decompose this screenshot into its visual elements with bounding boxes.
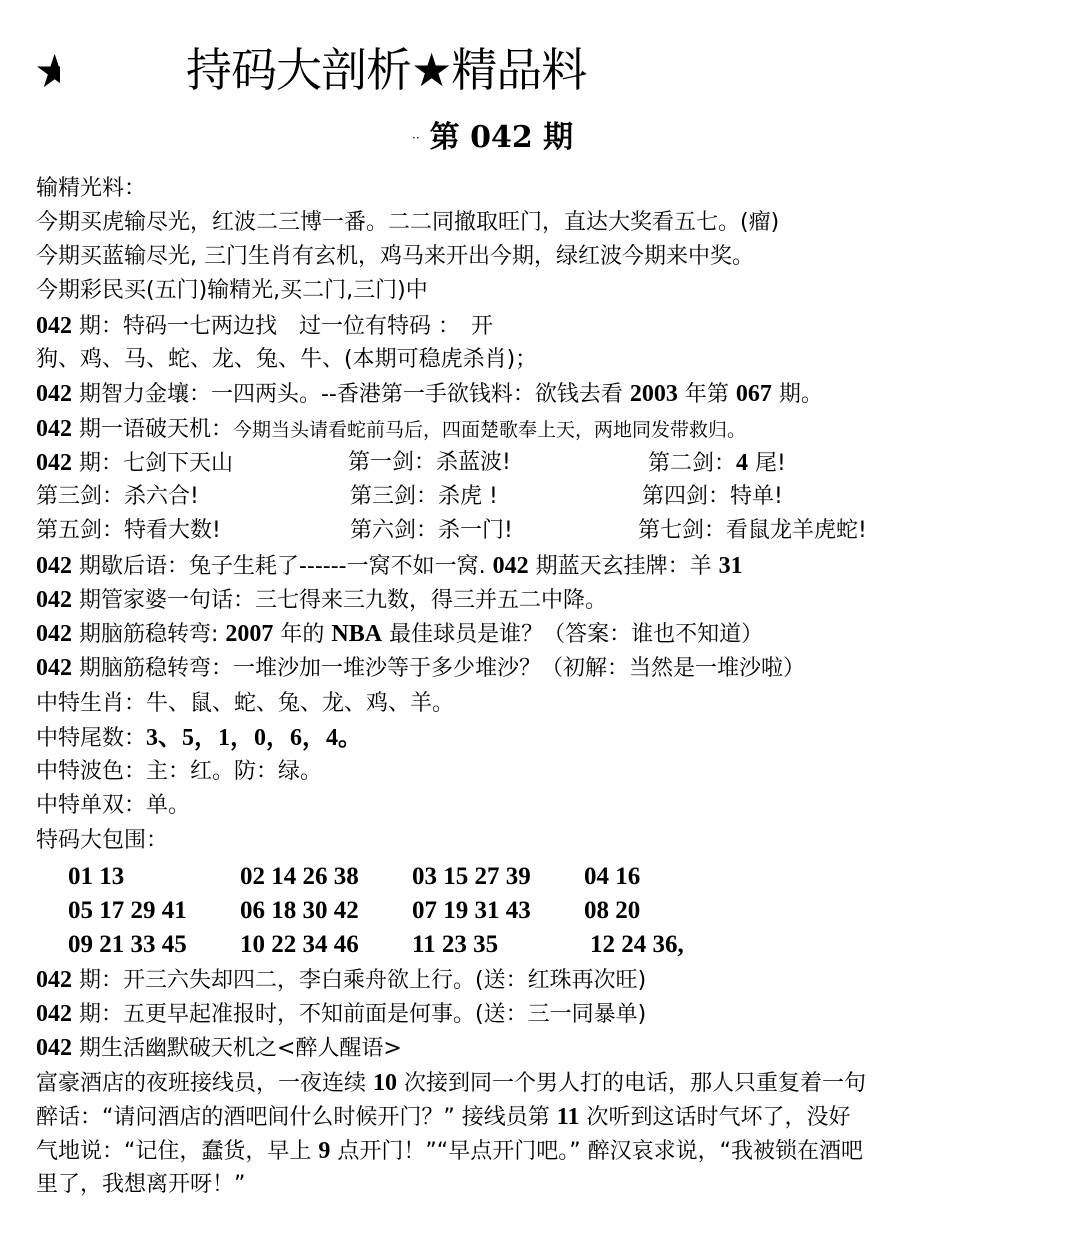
sword-r1c1: 042 期：七剑下天山: [36, 448, 233, 479]
package-r3c3: 11 23 35: [412, 930, 498, 960]
prediction-color: 中特波色：主：红。防：绿。: [36, 757, 322, 787]
package-r3c2: 10 22 34 46: [240, 930, 359, 960]
document-page: ★ 持码大剖析★精品料 ··第 042 期 输精光料： 今期买虎输尽光，红波二三…: [0, 0, 1080, 1251]
poem-line-1: 042 期：开三六失却四二，李白乘舟欲上行。(送：红珠再次旺): [36, 965, 646, 996]
intro-line-3: 今期彩民买(五门)输精光,买二门,三门)中: [36, 276, 428, 306]
story-line-2: 醉话：“请问酒店的酒吧间什么时候开门？” 接线员第 11 次听到这话时气坏了，没…: [36, 1102, 850, 1133]
humor-heading: 042 期生活幽默破天机之<醉人醒语>: [36, 1033, 402, 1064]
intro-line-1: 今期买虎输尽光，红波二三博一番。二二同撤取旺门，直达大奖看五七。(瘤): [36, 208, 779, 238]
housekeeper-line: 042 期管家婆一句话：三七得来三九数，得三并五二中降。: [36, 585, 607, 616]
package-r2c2: 06 18 30 42: [240, 896, 359, 926]
prediction-odd-even: 中特单双：单。: [36, 791, 190, 821]
brain-teaser-2: 042 期脑筋稳转弯：一堆沙加一堆沙等于多少堆沙？（初解：当然是一堆沙啦）: [36, 653, 805, 684]
package-label: 特码大包围：: [36, 826, 168, 856]
xiehouyu-line: 042 期歇后语：兔子生耗了------一窝不如一窝. 042 期蓝天玄挂牌：羊…: [36, 551, 743, 582]
sword-r3c1: 第五剑：特看大数!: [36, 516, 221, 546]
sword-r3c3: 第七剑：看鼠龙羊虎蛇!: [638, 516, 867, 546]
sword-r1c3: 第二剑：4 尾!: [648, 448, 786, 479]
story-line-4: 里了，我想离开呀！”: [36, 1170, 245, 1200]
story-line-1: 富豪酒店的夜班接线员，一夜连续 10 次接到同一个男人打的电话，那人只重复着一句: [36, 1068, 866, 1099]
sword-r2c3: 第四剑：特单!: [642, 482, 783, 512]
intro-line-2: 今期买蓝输尽光, 三门生肖有玄机，鸡马来开出今期，绿红波今期来中奖。: [36, 242, 754, 272]
package-r2c4: 08 20: [584, 896, 640, 926]
sword-r2c1: 第三剑：杀六合!: [36, 482, 199, 512]
poem-line-2: 042 期：五更早起准报时，不知前面是何事。(送：三一同暴单): [36, 999, 646, 1030]
oneword-line: 042 期一语破天机：今期当头请看蛇前马后，四面楚歌奉上天，两地同发带救归。: [36, 414, 746, 445]
intro-heading: 输精光料：: [36, 174, 146, 204]
special-code-line: 042 期：特码一七两边找 过一位有特码 ： 开: [36, 311, 493, 342]
prediction-tail: 中特尾数：3、5，1，0，6，4。: [36, 723, 362, 754]
sword-r1c2: 第一剑：杀蓝波!: [348, 448, 511, 478]
wisdom-line: 042 期智力金壤：一四两头。--香港第一手欲钱料：欲钱去看 2003 年第 0…: [36, 379, 823, 410]
page-title: 持码大剖析★精品料: [186, 42, 586, 98]
package-r2c1: 05 17 29 41: [68, 896, 187, 926]
star-icon: ★: [34, 46, 60, 96]
package-r2c3: 07 19 31 43: [412, 896, 531, 926]
sword-r2c2: 第三剑：杀虎 !: [350, 482, 498, 512]
package-r1c4: 04 16: [584, 862, 640, 892]
brain-teaser-1: 042 期脑筋稳转弯: 2007 年的 NBA 最佳球员是谁？（答案：谁也不知道…: [36, 619, 763, 650]
issue-number: ··第 042 期: [412, 118, 573, 158]
package-r1c3: 03 15 27 39: [412, 862, 531, 892]
prediction-zodiac: 中特生肖：牛、鼠、蛇、兔、龙、鸡、羊。: [36, 689, 454, 719]
package-r3c1: 09 21 33 45: [68, 930, 187, 960]
zodiac-line: 狗、鸡、马、蛇、龙、兔、牛、(本期可稳虎杀肖)；: [36, 345, 537, 375]
sword-r3c2: 第六剑：杀一门!: [350, 516, 513, 546]
package-r1c1: 01 13: [68, 862, 124, 892]
package-r3c4: 12 24 36,: [590, 930, 684, 960]
issue-dots: ··: [412, 131, 420, 145]
story-line-3: 气地说：“记住，蠢货，早上 9 点开门！”“早点开门吧。” 醉汉哀求说，“我被锁…: [36, 1136, 863, 1167]
issue-label: 第 042 期: [430, 120, 574, 155]
package-r1c2: 02 14 26 38: [240, 862, 359, 892]
